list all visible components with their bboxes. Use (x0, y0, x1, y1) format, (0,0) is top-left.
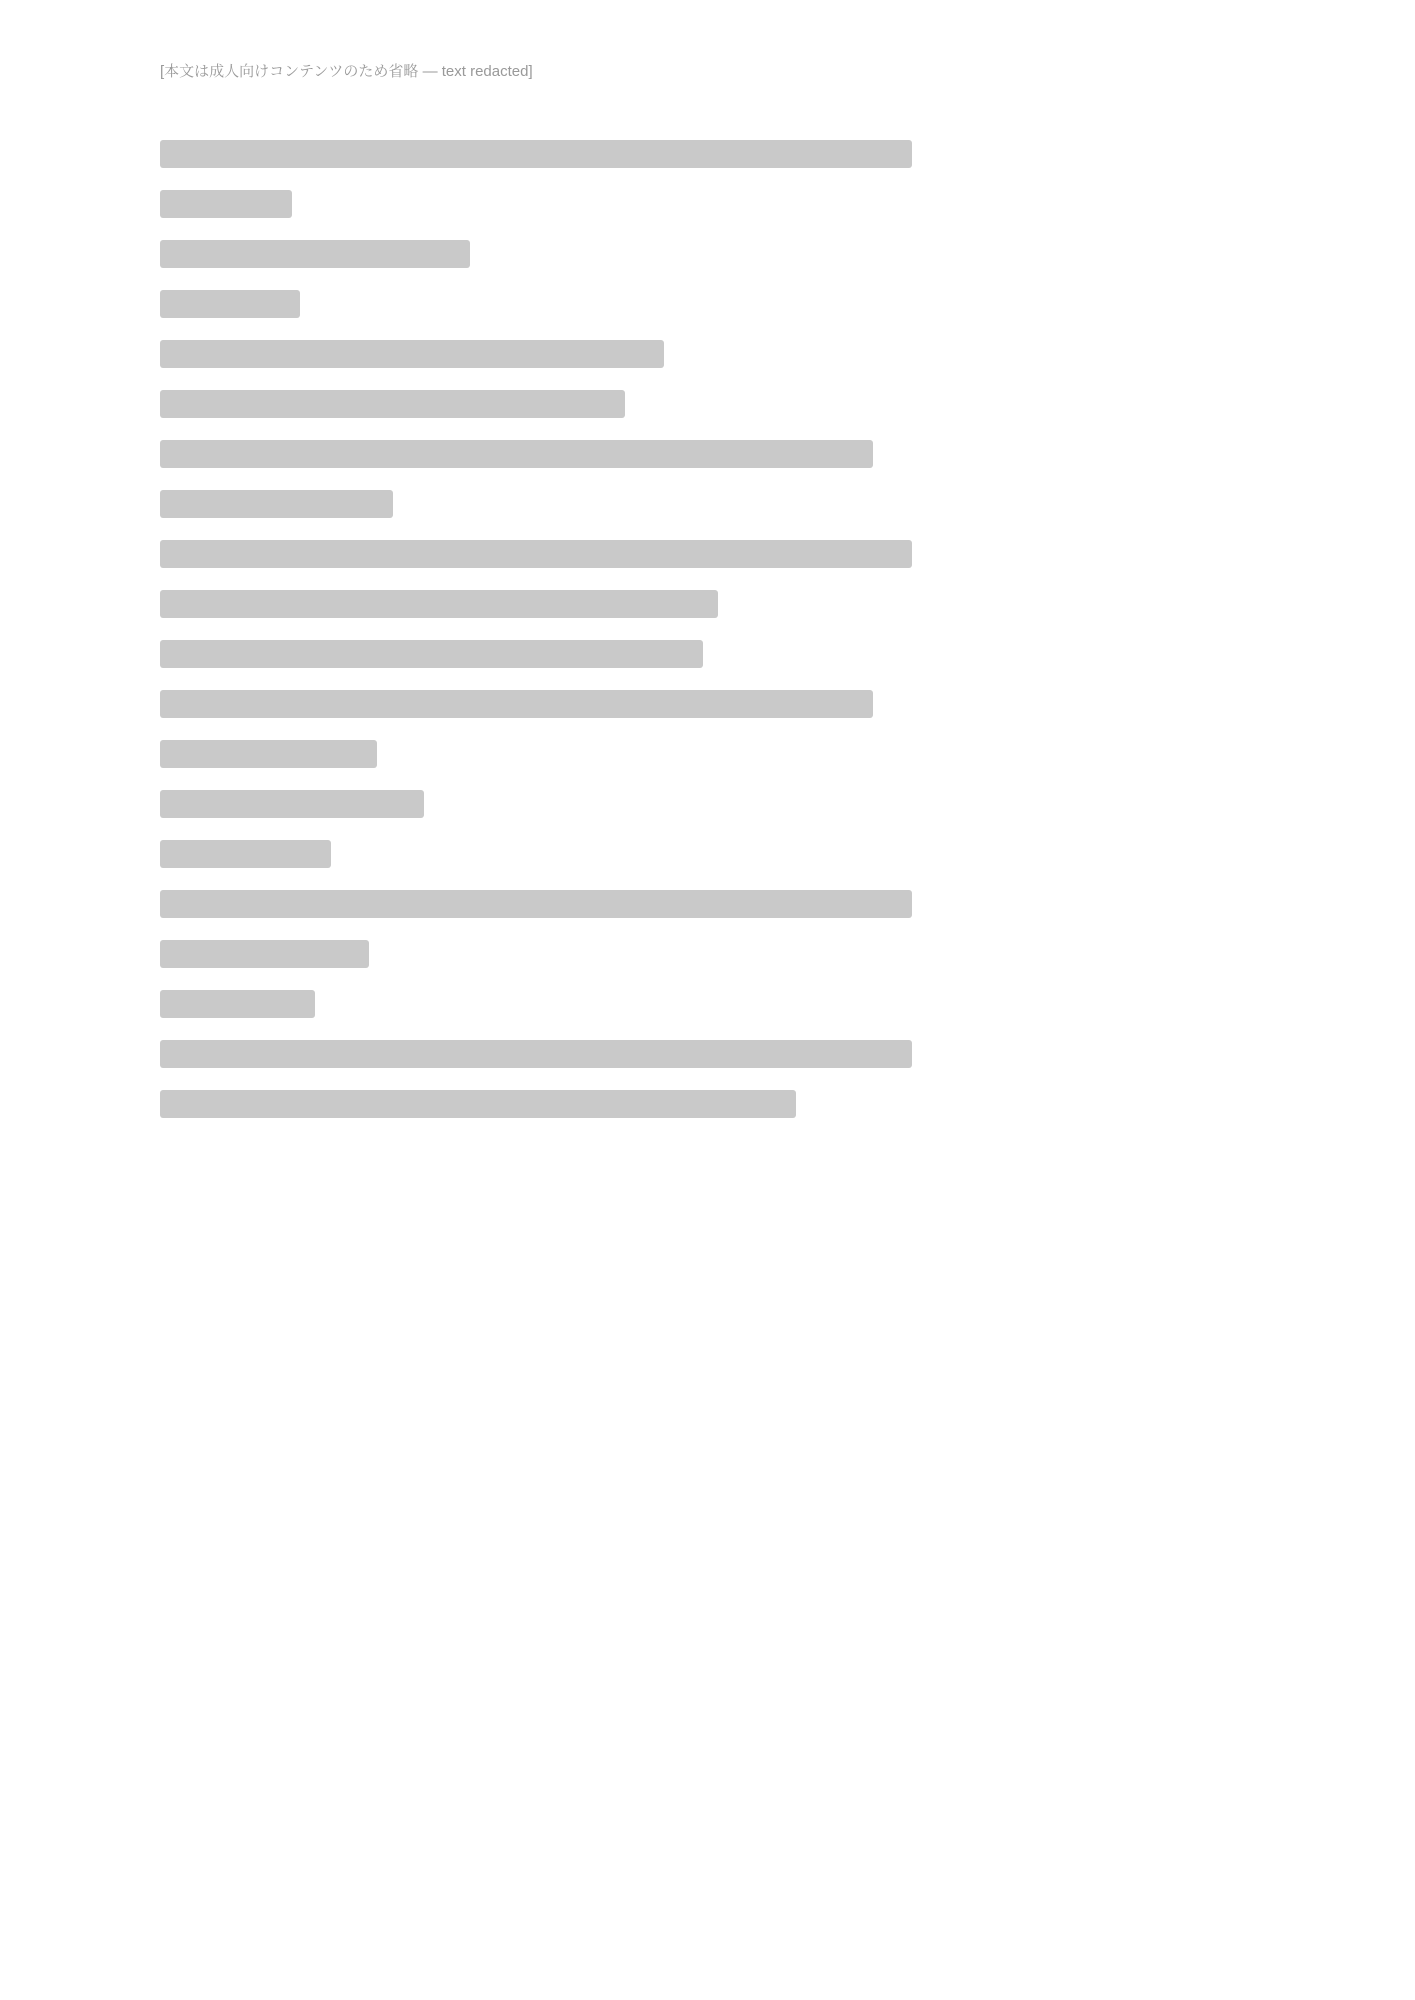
narration-paragraph-redacted (160, 240, 935, 268)
redacted-text-line (160, 940, 369, 968)
redacted-text-line (160, 1040, 912, 1068)
dialogue-paragraph-redacted (160, 640, 935, 668)
redacted-text-line (160, 840, 331, 868)
narration-paragraph-redacted (160, 140, 935, 218)
redacted-text-line (160, 340, 664, 368)
dialogue-paragraph-redacted (160, 290, 935, 318)
redacted-text-line (160, 740, 377, 768)
redacted-text-line (160, 290, 300, 318)
redacted-text-line (160, 890, 912, 918)
document-page: [本文は成人向けコンテンツのため省略 — text redacted] (0, 0, 1415, 2000)
redacted-text-line (160, 540, 912, 568)
redaction-notice: [本文は成人向けコンテンツのため省略 — text redacted] (160, 60, 935, 81)
narration-paragraph-redacted (160, 340, 935, 368)
dialogue-paragraph-redacted (160, 990, 935, 1018)
dialogue-paragraph-redacted (160, 790, 935, 818)
body-text-column (160, 140, 935, 1140)
redacted-text-line (160, 990, 315, 1018)
redacted-text-line (160, 240, 470, 268)
redacted-text-line (160, 590, 718, 618)
narration-paragraph-redacted (160, 740, 935, 768)
redacted-text-line (160, 390, 625, 418)
redacted-text-line (160, 440, 873, 468)
redacted-text-line (160, 190, 292, 218)
narration-paragraph-redacted (160, 690, 935, 718)
redacted-text-line (160, 790, 424, 818)
narration-paragraph-redacted (160, 840, 935, 868)
redacted-text-line (160, 140, 912, 168)
narration-paragraph-redacted (160, 440, 935, 518)
redacted-text-line (160, 490, 393, 518)
redacted-text-line (160, 690, 873, 718)
dialogue-paragraph-redacted (160, 390, 935, 418)
narration-paragraph-redacted (160, 1040, 935, 1118)
narration-paragraph-redacted (160, 890, 935, 968)
narration-paragraph-redacted (160, 540, 935, 618)
redacted-text-line (160, 1090, 796, 1118)
redacted-text-line (160, 640, 703, 668)
